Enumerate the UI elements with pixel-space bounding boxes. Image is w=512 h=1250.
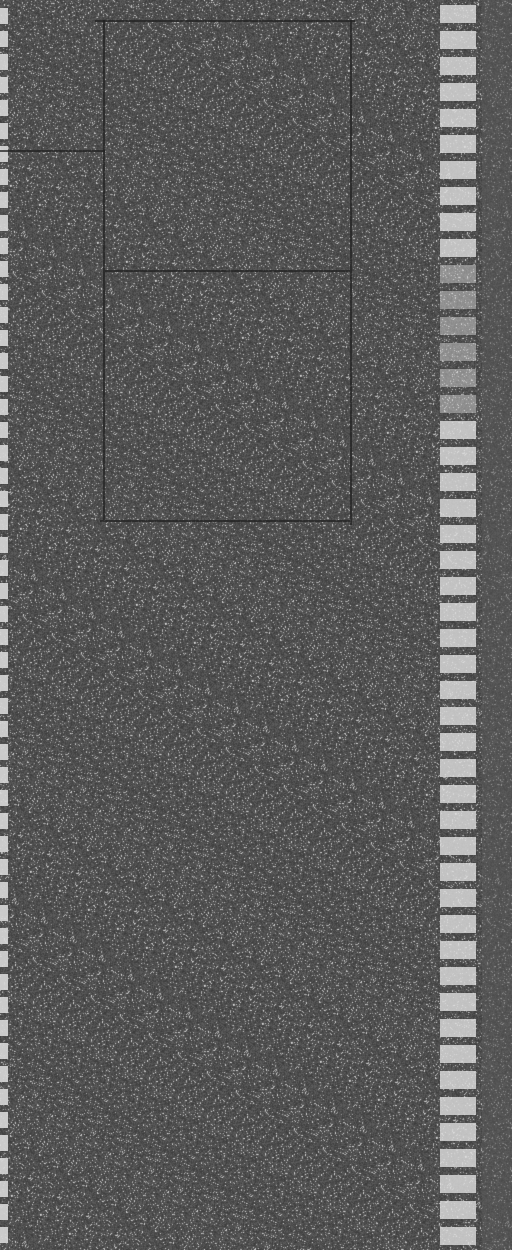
left-edge-block	[0, 238, 8, 254]
left-edge-block	[0, 1112, 8, 1128]
left-edge-block	[0, 215, 8, 231]
right-column-block	[440, 811, 476, 829]
left-edge-block	[0, 905, 8, 921]
right-column-block	[440, 239, 476, 257]
left-edge-block	[0, 445, 8, 461]
right-column-block	[440, 83, 476, 101]
right-column-block	[440, 837, 476, 855]
right-column-block	[440, 213, 476, 231]
left-edge-block	[0, 284, 8, 300]
right-column-block	[440, 733, 476, 751]
right-column-block	[440, 863, 476, 881]
right-edge-band	[482, 0, 512, 1250]
left-edge-block	[0, 169, 8, 185]
left-edge-block	[0, 537, 8, 553]
left-edge-block	[0, 77, 8, 93]
left-edge-block	[0, 468, 8, 484]
left-edge-block	[0, 399, 8, 415]
right-column-block	[440, 551, 476, 569]
right-column-block	[440, 135, 476, 153]
right-column-block	[440, 681, 476, 699]
right-column-block	[440, 1227, 476, 1245]
right-block-strip	[440, 0, 480, 1250]
left-edge-block	[0, 1204, 8, 1220]
left-edge-block	[0, 629, 8, 645]
left-edge-block	[0, 767, 8, 783]
left-edge-block	[0, 514, 8, 530]
left-edge-block	[0, 491, 8, 507]
left-edge-block	[0, 1158, 8, 1174]
left-horizontal-line	[0, 150, 105, 152]
right-column-block	[440, 265, 476, 283]
left-edge-block	[0, 997, 8, 1013]
left-edge-block	[0, 353, 8, 369]
left-edge-block	[0, 330, 8, 346]
left-edge-block	[0, 813, 8, 829]
left-edge-block	[0, 928, 8, 944]
right-column-block	[440, 1201, 476, 1219]
left-edge-block	[0, 698, 8, 714]
right-column-block	[440, 473, 476, 491]
right-column-block	[440, 629, 476, 647]
right-column-block	[440, 187, 476, 205]
left-edge-block	[0, 675, 8, 691]
noise-background	[0, 0, 512, 1250]
right-column-block	[440, 317, 476, 335]
left-edge-block	[0, 8, 8, 24]
right-column-block	[440, 889, 476, 907]
left-edge-block	[0, 100, 8, 116]
box-right-edge	[350, 20, 352, 525]
right-column-block	[440, 31, 476, 49]
right-column-block	[440, 577, 476, 595]
left-edge-block	[0, 882, 8, 898]
left-edge-block	[0, 31, 8, 47]
left-edge-strip	[0, 0, 9, 1250]
left-edge-block	[0, 859, 8, 875]
right-column-block	[440, 915, 476, 933]
right-column-block	[440, 5, 476, 23]
right-column-block	[440, 1149, 476, 1167]
right-column-block	[440, 941, 476, 959]
right-column-block	[440, 1175, 476, 1193]
right-column-block	[440, 499, 476, 517]
right-column-block	[440, 759, 476, 777]
right-column-block	[440, 343, 476, 361]
left-edge-block	[0, 376, 8, 392]
right-column-block	[440, 1045, 476, 1063]
right-column-block	[440, 603, 476, 621]
left-edge-block	[0, 790, 8, 806]
right-column-block	[440, 291, 476, 309]
right-column-block	[440, 1123, 476, 1141]
lower-box-bottom-edge	[100, 520, 350, 522]
right-column-block	[440, 1019, 476, 1037]
right-column-block	[440, 447, 476, 465]
right-column-block	[440, 967, 476, 985]
right-column-block	[440, 395, 476, 413]
left-edge-block	[0, 744, 8, 760]
right-column-block	[440, 1071, 476, 1089]
right-column-block	[440, 707, 476, 725]
right-column-block	[440, 785, 476, 803]
left-edge-block	[0, 1066, 8, 1082]
left-edge-block	[0, 422, 8, 438]
left-edge-block	[0, 192, 8, 208]
left-edge-block	[0, 1020, 8, 1036]
right-column-block	[440, 369, 476, 387]
right-column-block	[440, 655, 476, 673]
left-edge-block	[0, 974, 8, 990]
left-edge-block	[0, 1135, 8, 1151]
right-column-block	[440, 109, 476, 127]
left-edge-block	[0, 606, 8, 622]
right-column-block	[440, 57, 476, 75]
right-column-block	[440, 161, 476, 179]
left-edge-block	[0, 307, 8, 323]
left-edge-block	[0, 146, 8, 162]
left-edge-block	[0, 1181, 8, 1197]
left-edge-block	[0, 560, 8, 576]
left-edge-block	[0, 951, 8, 967]
right-column-block	[440, 1097, 476, 1115]
right-column-block	[440, 421, 476, 439]
left-edge-block	[0, 836, 8, 852]
left-edge-block	[0, 583, 8, 599]
box-divider	[105, 270, 350, 272]
left-edge-block	[0, 652, 8, 668]
right-column-block	[440, 993, 476, 1011]
left-edge-block	[0, 1043, 8, 1059]
right-column-block	[440, 525, 476, 543]
left-edge-block	[0, 1227, 8, 1243]
left-edge-block	[0, 261, 8, 277]
left-edge-block	[0, 54, 8, 70]
upper-box-top-edge	[95, 20, 355, 22]
left-edge-block	[0, 1089, 8, 1105]
left-edge-block	[0, 123, 8, 139]
left-edge-block	[0, 721, 8, 737]
